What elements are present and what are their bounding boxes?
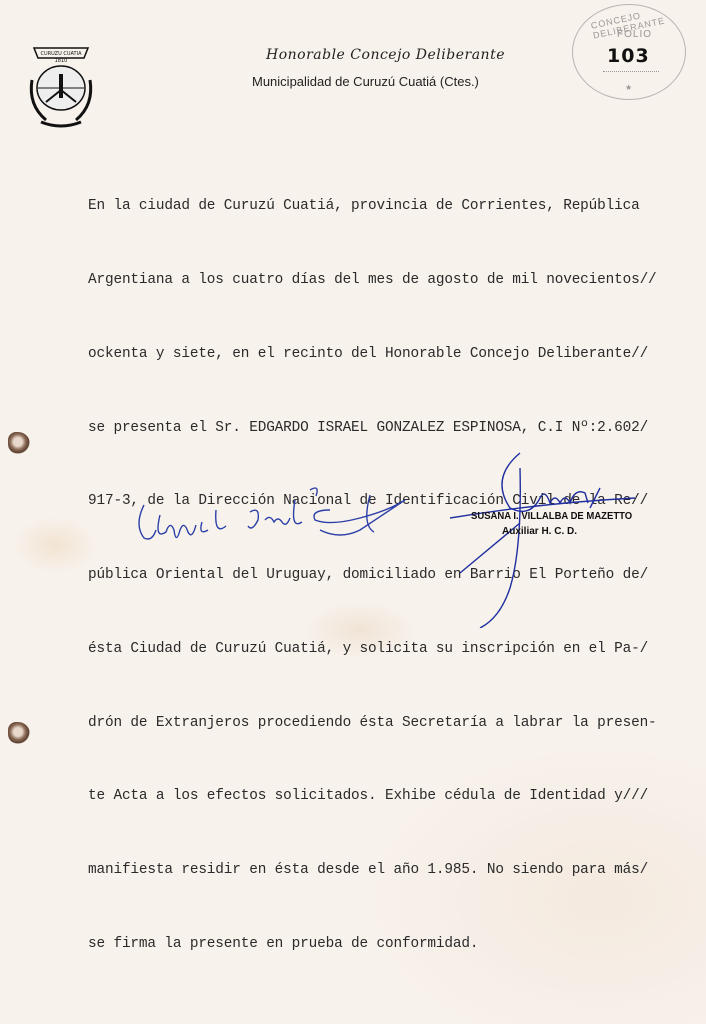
official-signature — [450, 448, 640, 628]
folio-number: 103 — [607, 45, 650, 67]
municipal-coat-of-arms-icon: CURUZU CUATIA 1810 — [26, 40, 96, 132]
body-line: En la ciudad de Curuzú Cuatiá, provincia… — [88, 194, 688, 219]
folio-stamp: CONCEJO DELIBERANTE FOLIO 103 ★ — [572, 4, 686, 100]
body-line: se firma la presente en prueba de confor… — [88, 932, 688, 957]
stamp-divider — [603, 71, 659, 72]
body-line: drón de Extranjeros procediendo ésta Sec… — [88, 711, 688, 736]
applicant-signature — [130, 470, 410, 560]
body-line: ockenta y siete, en el recinto del Honor… — [88, 342, 688, 367]
svg-text:CURUZU CUATIA: CURUZU CUATIA — [40, 51, 82, 57]
body-line: ésta Ciudad de Curuzú Cuatiá, y solicita… — [88, 637, 688, 662]
stamp-folio-label: FOLIO — [617, 29, 652, 40]
punch-hole — [8, 722, 30, 744]
body-line: se presenta el Sr. EDGARDO ISRAEL GONZAL… — [88, 416, 688, 441]
body-line: te Acta a los efectos solicitados. Exhib… — [88, 784, 688, 809]
star-icon: ★ — [625, 83, 632, 92]
letterhead-subtitle: Municipalidad de Curuzú Cuatiá (Ctes.) — [252, 74, 479, 89]
punch-hole — [8, 432, 30, 454]
letterhead-title: Honorable Concejo Deliberante — [266, 47, 505, 63]
body-line: Argentiana a los cuatro días del mes de … — [88, 268, 688, 293]
body-line: manifiesta residir en ésta desde el año … — [88, 858, 688, 883]
svg-text:1810: 1810 — [55, 58, 68, 64]
official-printed-name: SUSANA I. VILLALBA DE MAZETTO — [471, 511, 632, 522]
official-role: Auxiliar H. C. D. — [502, 526, 577, 537]
